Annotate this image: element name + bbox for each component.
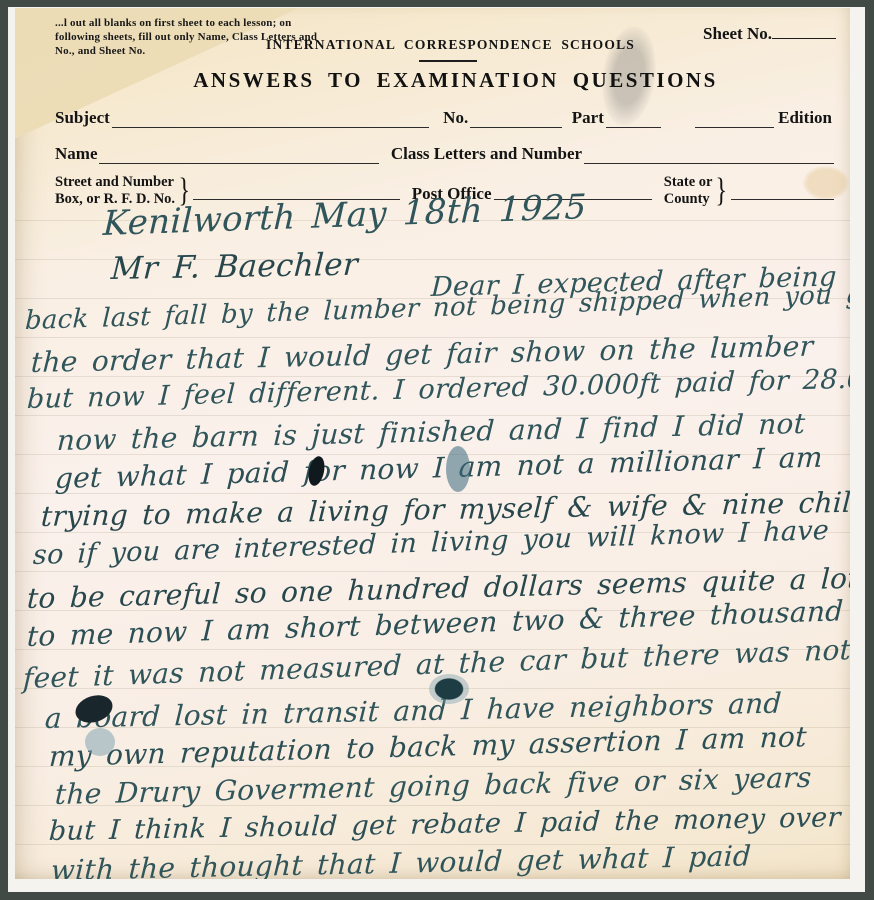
scanned-document-frame: ...l out all blanks on first sheet to ea… [0,0,874,900]
no-label: No. [429,108,470,128]
part-label: Part [562,108,606,128]
post-office-label: Post Office [400,184,494,204]
letter-line: the order that I would get fair show on … [30,330,814,379]
name-blank-line [99,157,378,164]
edition-blank-line [695,121,774,128]
street-label: Street and Number Box, or R. F. D. No. [55,174,175,208]
ink-blot [429,674,469,704]
letter-line: Dear I expected after being held [430,259,850,303]
part-blank-line [606,121,661,128]
state-label-line2: County [664,191,710,207]
ink-smudge [85,728,115,756]
street-label-line1: Street and Number [55,174,174,190]
state-label-line1: State or [664,174,713,190]
letter-line: so if you are interested in living you w… [32,515,829,571]
street-brace: } [178,176,189,207]
ruled-lines [15,220,850,879]
letter-line: my own reputation to back my assertion I… [48,720,807,773]
letter-line: with the thought that I would get what I… [50,839,752,879]
state-brace: } [716,176,727,207]
letter-line: to be careful so one hundred dollars see… [26,562,850,615]
letter-line: a board lost in transit and I have neigh… [44,687,782,735]
class-letters-label: Class Letters and Number [379,144,584,164]
handwritten-letter: Kenilworth May 18th 1925 Mr F. Baechler … [15,8,850,879]
divider-rule [419,60,477,62]
letter-line: but I think I should get rebate I paid t… [48,802,841,847]
no-blank-line [470,121,562,128]
form-row-address: Street and Number Box, or R. F. D. No. }… [55,174,834,208]
letter-line: get what I paid for now I am not a milli… [54,441,823,495]
letter-line: trying to make a living for myself & wif… [40,485,850,533]
letter-line: but now I feel different. I ordered 30.0… [26,362,850,415]
edition-label: Edition [774,108,834,128]
form-row-name: Name Class Letters and Number [55,144,834,164]
ink-blot [72,691,116,727]
state-blank-line [731,193,834,200]
post-office-blank-line [494,193,652,200]
letter-line: the Drury Goverment going back five or s… [54,761,812,811]
street-blank-line [193,193,399,200]
letter-line: now the barn is just finished and I find… [56,407,806,457]
letter-line: to me now I am short between two & three… [26,594,844,653]
subject-label: Subject [55,108,112,128]
school-name: INTERNATIONAL CORRESPONDENCE SCHOOLS [111,37,790,53]
answer-sheet-paper: ...l out all blanks on first sheet to ea… [15,8,850,879]
state-county-label: State or County [652,174,713,208]
form-row-subject: Subject No. Part Edition [55,108,834,128]
letter-line-recipient: Mr F. Baechler [110,247,359,287]
ink-blot [306,455,327,487]
class-letters-blank-line [584,157,834,164]
subject-blank-line [112,121,429,128]
name-label: Name [55,144,99,164]
street-label-line2: Box, or R. F. D. No. [55,191,175,207]
ink-blot [446,446,470,492]
paper-fold-corner [15,8,850,879]
letter-line: back last fall by the lumber not being s… [24,279,850,336]
page-title: ANSWERS TO EXAMINATION QUESTIONS [61,68,850,93]
